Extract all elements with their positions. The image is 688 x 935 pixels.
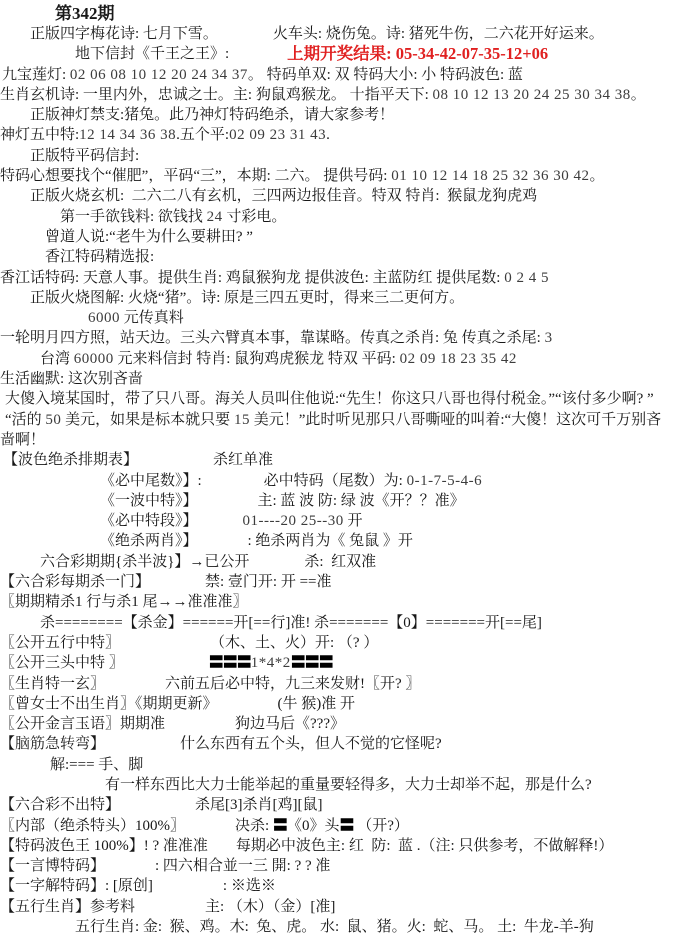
- text-line: 【六合彩每期杀一门】禁: 壹门开: 开 ==准: [0, 572, 688, 592]
- text-segment: 【一言博特码】: [0, 856, 105, 876]
- text-line: 【波色绝杀排期表】杀红单准: [0, 450, 688, 470]
- text-line: 正版神灯禁支:猪兔。此乃神灯特码绝杀，请大家参考！: [0, 105, 688, 125]
- text-line: 六合彩期期{杀半波}】→已公开杀: 红双准: [0, 552, 688, 572]
- text-line: 杀========【杀金】======开[==行]准! 杀=======【0】=…: [0, 613, 688, 633]
- text-line: 〖内部（绝杀特头）100%〗决杀: 〓《0》头〓 （开?）: [0, 816, 688, 836]
- text-segment: 。 特码单双: 双 特码大小: 小 特码波色: 蓝: [248, 65, 523, 85]
- text-segment: 正版神灯禁支:猪兔。此乃神灯特码绝杀，请大家参考！: [30, 105, 394, 125]
- text-line: 《一波中特》】主: 蓝 波 防: 绿 波《开？？准》: [0, 491, 688, 511]
- text-segment: 寸彩电。: [223, 207, 287, 227]
- text-line: 第一手欲钱料: 欲钱找 24 寸彩电。: [0, 207, 688, 227]
- text-segment: 【六合彩每期杀一门】: [0, 572, 150, 592]
- text-segment: 杀红单准: [213, 450, 273, 470]
- text-segment: 【脑筋急转弯】: [0, 734, 105, 754]
- text-segment: （开?）: [353, 816, 408, 836]
- text-segment: 。: [589, 166, 604, 186]
- text-segment: 主: 蓝 波 防: 绿 波《开？？准》: [258, 491, 465, 511]
- text-segment: 〓: [339, 816, 353, 836]
- text-segment: 生肖玄机诗: 一里内外，忠诚之士。主: 狗鼠鸡猴龙。 十指平天下:: [0, 85, 433, 105]
- text-segment: 杀尾[3]杀肖[鸡][鼠]: [195, 795, 322, 815]
- text-line: 解:=== 手、脚: [0, 755, 688, 775]
- text-segment: 〖公开五行中特〗: [0, 633, 120, 653]
- text-segment: 50: [45, 410, 61, 430]
- text-segment: 六前五后必中特，九三来发财!〖开? 〗: [165, 674, 420, 694]
- text-segment: 〖生肖特一玄〗: [0, 674, 105, 694]
- text-segment: 3: [545, 328, 553, 348]
- text-line: 特码心想要找个“催肥”，平码“三”，本期: 二六。 提供号码: 01 10 12…: [0, 166, 688, 186]
- text-segment: “活的: [5, 410, 45, 430]
- text-segment: 《必中尾数》】:: [100, 471, 202, 491]
- period-title: 第342期: [0, 3, 688, 24]
- text-segment: 元来料信封 特肖: 鼠狗鸡虎猴龙 特双 平码:: [114, 349, 400, 369]
- text-segment: : 四六相合並一三 開: ? ? 准: [155, 856, 330, 876]
- text-segment: 02 09 23 31 43: [229, 125, 326, 145]
- text-segment: 大傻入境某国时，带了只八哥。海关人员叫住他说:“先生！你这只八哥也得付税金。”“…: [5, 389, 654, 409]
- text-segment: （木、土、火）开: （? ）: [210, 633, 378, 653]
- text-segment: 《0》头: [287, 816, 340, 836]
- last-draw-result: 上期开奖结果: 05-34-42-07-35-12+06: [287, 44, 548, 64]
- text-line: 地下信封《千王之王》:上期开奖结果: 05-34-42-07-35-12+06: [0, 44, 688, 64]
- text-line: 【一言博特码】: 四六相合並一三 開: ? ? 准: [0, 856, 688, 876]
- text-line: 神灯五中特:12 14 34 36 38.五个平:02 09 23 31 43.: [0, 125, 688, 145]
- text-segment: 【五行生肖】参考料: [0, 897, 135, 917]
- text-line: 九宝莲灯: 02 06 08 10 12 20 24 34 37。 特码单双: …: [0, 65, 688, 85]
- text-segment: 《一波中特》】: [100, 491, 198, 511]
- document-lines: 正版四字梅花诗: 七月下雪。火车头: 烧伤兔。诗: 猪死牛伤，二六花开好运来。地…: [0, 24, 688, 935]
- text-segment: 60000: [74, 349, 114, 369]
- text-segment: 〖期期精杀1 行与杀1 尾→→准准准〗: [0, 592, 248, 612]
- text-segment: 【六合彩不出特】: [0, 795, 120, 815]
- text-segment: 正版火烧图解: 火烧“猪”。诗: 原是三四五更时，得来三二更何方。: [30, 288, 464, 308]
- text-line: 【特码波色王 100%】! ? 准准准每期必中波色主: 红 防: 蓝 .（注: …: [0, 836, 688, 856]
- text-segment: 正版四字梅花诗: 七月下雪。: [30, 24, 218, 44]
- text-line: 正版四字梅花诗: 七月下雪。火车头: 烧伤兔。诗: 猪死牛伤，二六花开好运来。: [0, 24, 688, 44]
- text-line: 〖公开金言玉语〗期期准狗边马后《???》: [0, 714, 688, 734]
- text-segment: 〖公开三头中特 〗: [0, 653, 124, 673]
- text-line: “活的 50 美元，如果是标本就只要 15 美元！”此时听见那只八哥嘶哑的叫着:…: [0, 410, 688, 430]
- text-segment: 啬啊！: [0, 430, 45, 450]
- text-line: 一轮明月四方照，站天边。三头六臂真本事，靠谋略。传真之杀肖: 兔 传真之杀尾: …: [0, 328, 688, 348]
- text-segment: 禁: 壹门开: 开 ==准: [205, 572, 332, 592]
- text-segment: 决杀:: [235, 816, 273, 836]
- text-line: 生肖玄机诗: 一里内外，忠诚之士。主: 狗鼠鸡猴龙。 十指平天下: 08 10 …: [0, 85, 688, 105]
- text-segment: 解:=== 手、脚: [50, 755, 143, 775]
- text-segment: 杀========【杀金】======开[==行]准! 杀=======【0】=…: [40, 613, 542, 633]
- text-segment: 美元，如果是标本就只要: [61, 410, 234, 430]
- text-segment: 美元！”此时听见那只八哥嘶哑的叫着:“大傻！这次可千万别吝: [250, 410, 661, 430]
- text-segment: (牛 猴)准 开: [278, 694, 356, 714]
- text-segment: 九宝莲灯:: [2, 65, 70, 85]
- text-line: 有一样东西比大力士能举起的重量要轻得多，大力士却举不起，那是什么?: [0, 775, 688, 795]
- text-line: 曾道人说:“老牛为什么要耕田? ”: [0, 227, 688, 247]
- text-line: 《必中尾数》】:必中特码（尾数）为: 0-1-7-5-4-6: [0, 471, 688, 491]
- text-line: 正版火烧图解: 火烧“猪”。诗: 原是三四五更时，得来三二更何方。: [0, 288, 688, 308]
- text-segment: 地下信封《千王之王》:: [75, 44, 229, 64]
- text-segment: 杀: 红双准: [304, 552, 376, 572]
- text-segment: 。: [631, 85, 646, 105]
- text-segment: 08 10 12 13 20 24 25 30 34 38: [433, 85, 631, 105]
- text-segment: 香江特码精选报:: [45, 247, 154, 267]
- text-segment: 〖曾女士不出生肖〗《期期更新》: [0, 694, 218, 714]
- text-line: 五行生肖: 金: 猴、鸡。木: 兔、虎。 水: 鼠、猪。火: 蛇、马。 土: 牛…: [0, 917, 688, 935]
- text-segment: 香江话特码: 天意人事。提供生肖: 鸡鼠猴狗龙 提供波色: 主蓝防红 提供尾数:: [0, 268, 504, 288]
- text-segment: 《绝杀两肖》】: [100, 531, 198, 551]
- text-line: 《必中特段》】01----20 25--30 开: [0, 511, 688, 531]
- text-segment: 主: （木）（金）[准]: [205, 897, 335, 917]
- text-segment: 6000: [88, 308, 120, 328]
- text-segment: 生活幽默: 这次别吝啬: [0, 369, 143, 389]
- text-segment: 曾道人说:“老牛为什么要耕田? ”: [45, 227, 253, 247]
- text-segment: 【波色绝杀排期表】: [3, 450, 138, 470]
- text-line: 6000 元传真料: [0, 308, 688, 328]
- text-line: 【五行生肖】参考料主: （木）（金）[准]: [0, 897, 688, 917]
- lottery-tip-sheet: 第342期 正版四字梅花诗: 七月下雪。火车头: 烧伤兔。诗: 猪死牛伤，二六花…: [0, 0, 688, 935]
- text-segment: 什么东西有五个头，但人不觉的它怪呢?: [180, 734, 442, 754]
- text-line: 【脑筋急转弯】什么东西有五个头，但人不觉的它怪呢?: [0, 734, 688, 754]
- text-segment: 12 14 34 36 38: [79, 125, 176, 145]
- text-line: 《绝杀两肖》】: 绝杀两肖为《 兔鼠 》开: [0, 531, 688, 551]
- text-segment: 0-1-7-5-4-6: [407, 471, 482, 491]
- text-segment: : 绝杀两肖为《 兔鼠 》开: [248, 531, 413, 551]
- text-segment: 〓〓〓: [291, 653, 333, 673]
- text-segment: 0 2 4 5: [504, 268, 549, 288]
- text-line: 〖生肖特一玄〗六前五后必中特，九三来发财!〖开? 〗: [0, 674, 688, 694]
- text-segment: 〓〓〓: [209, 653, 251, 673]
- text-segment: 元传真料: [120, 308, 184, 328]
- text-line: 香江话特码: 天意人事。提供生肖: 鸡鼠猴狗龙 提供波色: 主蓝防红 提供尾数:…: [0, 268, 688, 288]
- text-segment: 01 10 12 14 18 25 32 36 30 42: [391, 166, 589, 186]
- text-segment: 第一手欲钱料: 欲钱找: [60, 207, 207, 227]
- text-segment: 必中特码（尾数）为:: [264, 471, 407, 491]
- text-segment: 一轮明月四方照，站天边。三头六臂真本事，靠谋略。传真之杀肖: 兔 传真之杀尾:: [0, 328, 545, 348]
- text-segment: 【一字解特码】: [原创]: [0, 876, 153, 896]
- text-line: 啬啊！: [0, 430, 688, 450]
- text-segment: 火车头: 烧伤兔。诗: 猪死牛伤，二六花开好运来。: [273, 24, 604, 44]
- text-segment: 〖内部（绝杀特头）100%〗: [0, 816, 185, 836]
- text-line: 正版火烧玄机: 二六二八有玄机，三四两边报佳音。特双 特肖: 猴鼠龙狗虎鸡: [0, 186, 688, 206]
- text-segment: 〖公开金言玉语〗期期准: [0, 714, 165, 734]
- text-line: 〖曾女士不出生肖〗《期期更新》(牛 猴)准 开: [0, 694, 688, 714]
- text-segment: 1*4*2: [251, 653, 291, 673]
- text-line: 〖公开五行中特〗（木、土、火）开: （? ）: [0, 633, 688, 653]
- text-segment: 神灯五中特:: [0, 125, 79, 145]
- text-segment: 正版火烧玄机: 二六二八有玄机，三四两边报佳音。特双 特肖: 猴鼠龙狗虎鸡: [30, 186, 537, 206]
- text-segment: 【特码波色王 100%】! ? 准准准: [0, 836, 208, 856]
- text-line: 【一字解特码】: [原创]: ※选※: [0, 876, 688, 896]
- text-segment: 《必中特段》】: [100, 511, 198, 531]
- text-line: 正版特平码信封:: [0, 146, 688, 166]
- text-segment: 六合彩期期{杀半波}】→已公开: [40, 552, 249, 572]
- text-segment: 01----20 25--30: [243, 511, 344, 531]
- text-line: 生活幽默: 这次别吝啬: [0, 369, 688, 389]
- text-segment: 02 06 08 10 12 20 24 34 37: [70, 65, 248, 85]
- text-line: 台湾 60000 元来料信封 特肖: 鼠狗鸡虎猴龙 特双 平码: 02 09 1…: [0, 349, 688, 369]
- text-line: 〖公开三头中特 〗〓〓〓1*4*2〓〓〓: [0, 653, 688, 673]
- text-segment: 15: [234, 410, 250, 430]
- text-segment: 02 09 18 23 35 42: [400, 349, 517, 369]
- text-segment: 开: [344, 511, 363, 531]
- text-segment: .五个平:: [176, 125, 229, 145]
- text-line: 大傻入境某国时，带了只八哥。海关人员叫住他说:“先生！你这只八哥也得付税金。”“…: [0, 389, 688, 409]
- text-segment: .: [326, 125, 330, 145]
- text-segment: 五行生肖: 金: 猴、鸡。木: 兔、虎。 水: 鼠、猪。火: 蛇、马。 土: 牛…: [75, 917, 594, 935]
- text-segment: 24: [207, 207, 223, 227]
- text-segment: 狗边马后《???》: [235, 714, 345, 734]
- text-line: 〖期期精杀1 行与杀1 尾→→准准准〗: [0, 592, 688, 612]
- text-segment: 台湾: [40, 349, 74, 369]
- text-segment: 特码心想要找个“催肥”，平码“三”，本期: 二六。 提供号码:: [0, 166, 391, 186]
- text-segment: : ※选※: [223, 876, 276, 896]
- text-segment: 有一样东西比大力士能举起的重量要轻得多，大力士却举不起，那是什么?: [105, 775, 592, 795]
- text-line: 【六合彩不出特】杀尾[3]杀肖[鸡][鼠]: [0, 795, 688, 815]
- text-segment: 每期必中波色主: 红 防: 蓝 .（注: 只供参考，不做解释!）: [236, 836, 614, 856]
- text-segment: 〓: [273, 816, 287, 836]
- text-segment: 正版特平码信封:: [30, 146, 139, 166]
- text-line: 香江特码精选报:: [0, 247, 688, 267]
